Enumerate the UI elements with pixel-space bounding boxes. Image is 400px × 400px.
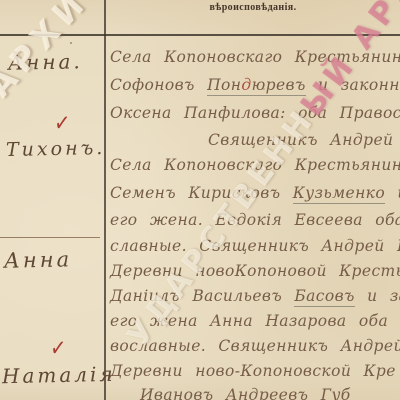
manuscript-line: Деревни новоКопоновой Крестьян. <box>110 262 400 280</box>
manuscript-text: и закон <box>355 287 400 305</box>
manuscript-text: Священникъ Андрей Павловъ <box>208 131 400 149</box>
manuscript-line: Села Копоновскаго Крестьянинъ <box>110 156 400 174</box>
manuscript-text: Оксена Панфилова: оба Православные <box>110 104 400 122</box>
paper-speck <box>13 51 17 54</box>
underlined-surname: д <box>241 76 251 96</box>
paper-speck <box>262 88 265 90</box>
manuscript-line: его жена. Евдокія Евсеева оба Пра, <box>110 211 400 229</box>
red-checkmark-icon: ✓ <box>53 110 70 136</box>
manuscript-line: Деревни ново-Копоновской Кре <box>110 362 400 380</box>
manuscript-line: Семенъ Кирисковъ Кузьменко и зако <box>110 184 400 202</box>
manuscript-text: Семенъ Кирисковъ <box>110 184 293 202</box>
manuscript-text: Села Копоновскаго Крестьянинъ <box>110 156 400 174</box>
underlined-surname: Басовъ <box>294 287 354 307</box>
name-entry: Тихонъ. <box>6 137 106 161</box>
manuscript-text: Ивановъ Андреевъ Губ <box>140 386 351 400</box>
manuscript-text: славные. Священникъ Андрей Пав. <box>110 237 400 255</box>
manuscript-line: славные. Священникъ Андрей Пав. <box>110 237 400 255</box>
manuscript-text: его жена. Евдокія Евсеева оба Пра, <box>110 211 400 229</box>
manuscript-line: его жена Анна Назарова оба Пра <box>110 312 400 330</box>
manuscript-line: Софоновъ Пондюревъ и законная его жи <box>110 76 400 94</box>
paper-speck <box>70 42 72 44</box>
manuscript-line: Оксена Панфилова: оба Православные <box>110 104 400 122</box>
column-header-confession: вѣроисповѣданія. <box>110 2 396 13</box>
manuscript-text: Деревни ново-Копоновской Кре <box>110 362 396 380</box>
manuscript-text: его жена Анна Назарова оба Пра <box>110 312 400 330</box>
name-entry: Наталія <box>2 362 116 388</box>
red-checkmark-icon: ✓ <box>49 335 66 361</box>
name-entry: Анна <box>4 247 73 272</box>
underlined-surname: Пон <box>207 76 241 96</box>
scanned-register-page: АРХИВ УДАРСТВЕННЫЙ АРХ вѣроисповѣданія. … <box>0 0 400 400</box>
left-column-row-divider <box>0 237 100 238</box>
manuscript-text: и законная его жи <box>306 76 400 94</box>
vertical-column-rule <box>104 0 106 400</box>
manuscript-line: Даніилъ Васильевъ Басовъ и закон <box>110 287 400 305</box>
manuscript-text: Села Копоновскаго Крестьянинъ Иванъ <box>110 48 400 66</box>
underlined-surname: юревъ <box>252 76 306 96</box>
manuscript-line: вославные. Священникъ Андрей Пав. <box>110 337 400 355</box>
manuscript-line: Села Копоновскаго Крестьянинъ Иванъ <box>110 48 400 66</box>
name-entry: Анна. <box>8 49 83 75</box>
horizontal-rule-header <box>0 34 400 36</box>
underlined-surname: Кузьменко <box>293 184 385 204</box>
manuscript-text: Софоновъ <box>110 76 207 94</box>
manuscript-text: Деревни новоКопоновой Крестьян. <box>110 262 400 280</box>
manuscript-text: Даніилъ Васильевъ <box>110 287 294 305</box>
manuscript-line: Священникъ Андрей Павловъ <box>110 131 400 149</box>
manuscript-text: и зако <box>385 184 400 202</box>
manuscript-text: вославные. Священникъ Андрей Пав. <box>110 337 400 355</box>
manuscript-line: Ивановъ Андреевъ Губ <box>110 386 400 400</box>
